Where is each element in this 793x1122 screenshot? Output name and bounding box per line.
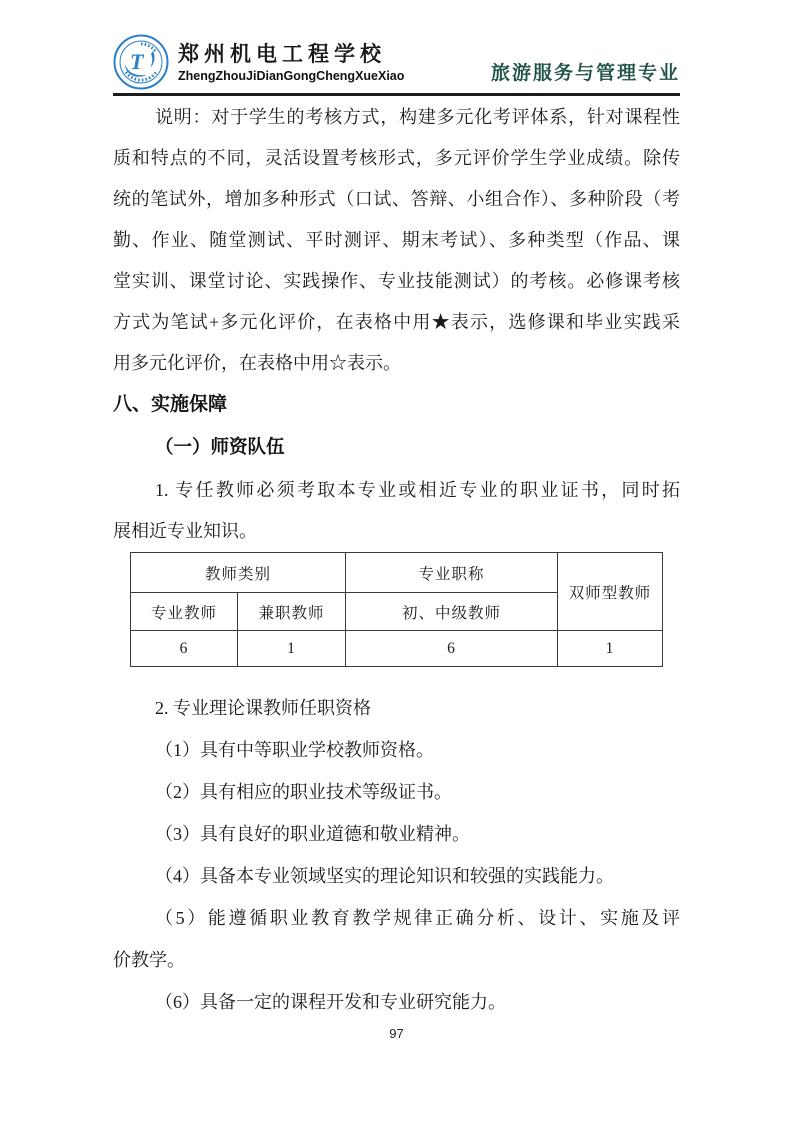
school-name-block: 郑州机电工程学校 ZhengZhouJiDianGongChengXueXiao <box>178 41 404 84</box>
qualification-item: （6）具备一定的课程开发和专业研究能力。 <box>113 981 680 1023</box>
school-pinyin: ZhengZhouJiDianGongChengXueXiao <box>178 68 404 84</box>
paragraph-line: 用多元化评价，在表格中用☆表示。 <box>113 343 680 384</box>
assessment-paragraph: 说明：对于学生的考核方式，构建多元化考评体系，针对课程性 质和特点的不同，灵活设… <box>113 97 680 384</box>
table-header-category: 教师类别 <box>131 553 346 593</box>
paragraph-line: 堂实训、课堂讨论、实践操作、专业技能测试）的考核。必修课考核 <box>113 261 680 302</box>
paragraph-line: 勤、作业、随堂测试、平时测评、期末考试）、多种类型（作品、课 <box>113 220 680 261</box>
table-header-dual: 双师型教师 <box>558 553 663 631</box>
qualification-item: （3）具有良好的职业道德和敬业精神。 <box>113 813 680 855</box>
qualification-item: （4）具备本专业领域坚实的理论知识和较强的实践能力。 <box>113 855 680 897</box>
teacher-table: 教师类别 专业职称 双师型教师 专业教师 兼职教师 初、中级教师 6 1 6 1 <box>130 552 663 667</box>
paragraph-line: 方式为笔试+多元化评价，在表格中用★表示，选修课和毕业实践采 <box>113 302 680 343</box>
paragraph-line: 质和特点的不同，灵活设置考核形式，多元评价学生学业成绩。除传 <box>113 138 680 179</box>
requirement-item-1: 1. 专任教师必须考取本专业或相近专业的职业证书，同时拓 <box>113 470 680 511</box>
table-value-junior-mid: 6 <box>346 631 558 667</box>
qualifications-title: 2. 专业理论课教师任职资格 <box>113 687 680 729</box>
table-value-fulltime: 6 <box>131 631 238 667</box>
qualifications-list: 2. 专业理论课教师任职资格 （1）具有中等职业学校教师资格。 （2）具有相应的… <box>113 687 680 1023</box>
school-emblem-icon: T <box>113 34 169 90</box>
major-title: 旅游服务与管理专业 <box>491 58 680 85</box>
page-number: 97 <box>0 1026 793 1046</box>
table-value-parttime: 1 <box>238 631 346 667</box>
subsection-heading: （一）师资队伍 <box>113 426 680 470</box>
page-content: 说明：对于学生的考核方式，构建多元化考评体系，针对课程性 质和特点的不同，灵活设… <box>113 97 680 1023</box>
qualification-item: （2）具有相应的职业技术等级证书。 <box>113 771 680 813</box>
spacer <box>113 667 680 687</box>
table-subheader-parttime: 兼职教师 <box>238 593 346 631</box>
requirement-item-1-continuation: 展相近专业知识。 <box>113 511 680 552</box>
paragraph-line: 统的笔试外，增加多种形式（口试、答辩、小组合作）、多种阶段（考 <box>113 179 680 220</box>
table-value-dual: 1 <box>558 631 663 667</box>
table-subheader-fulltime: 专业教师 <box>131 593 238 631</box>
document-page: T 郑州机电工程学校 ZhengZhouJiDianGongChengXueXi… <box>0 0 793 1122</box>
section-heading: 八、实施保障 <box>113 384 680 426</box>
table-subheader-junior-mid: 初、中级教师 <box>346 593 558 631</box>
school-brand: T 郑州机电工程学校 ZhengZhouJiDianGongChengXueXi… <box>113 34 404 90</box>
table-header-title: 专业职称 <box>346 553 558 593</box>
svg-text:T: T <box>130 49 145 74</box>
teacher-table-wrap: 教师类别 专业职称 双师型教师 专业教师 兼职教师 初、中级教师 6 1 6 1 <box>130 552 662 667</box>
header-divider <box>113 93 680 96</box>
page-header: T 郑州机电工程学校 ZhengZhouJiDianGongChengXueXi… <box>113 33 680 91</box>
school-name: 郑州机电工程学校 <box>178 41 404 67</box>
qualification-item: （5）能遵循职业教育教学规律正确分析、设计、实施及评 <box>113 897 680 939</box>
paragraph-line: 说明：对于学生的考核方式，构建多元化考评体系，针对课程性 <box>113 97 680 138</box>
qualification-item-continuation: 价教学。 <box>113 939 680 981</box>
qualification-item: （1）具有中等职业学校教师资格。 <box>113 729 680 771</box>
